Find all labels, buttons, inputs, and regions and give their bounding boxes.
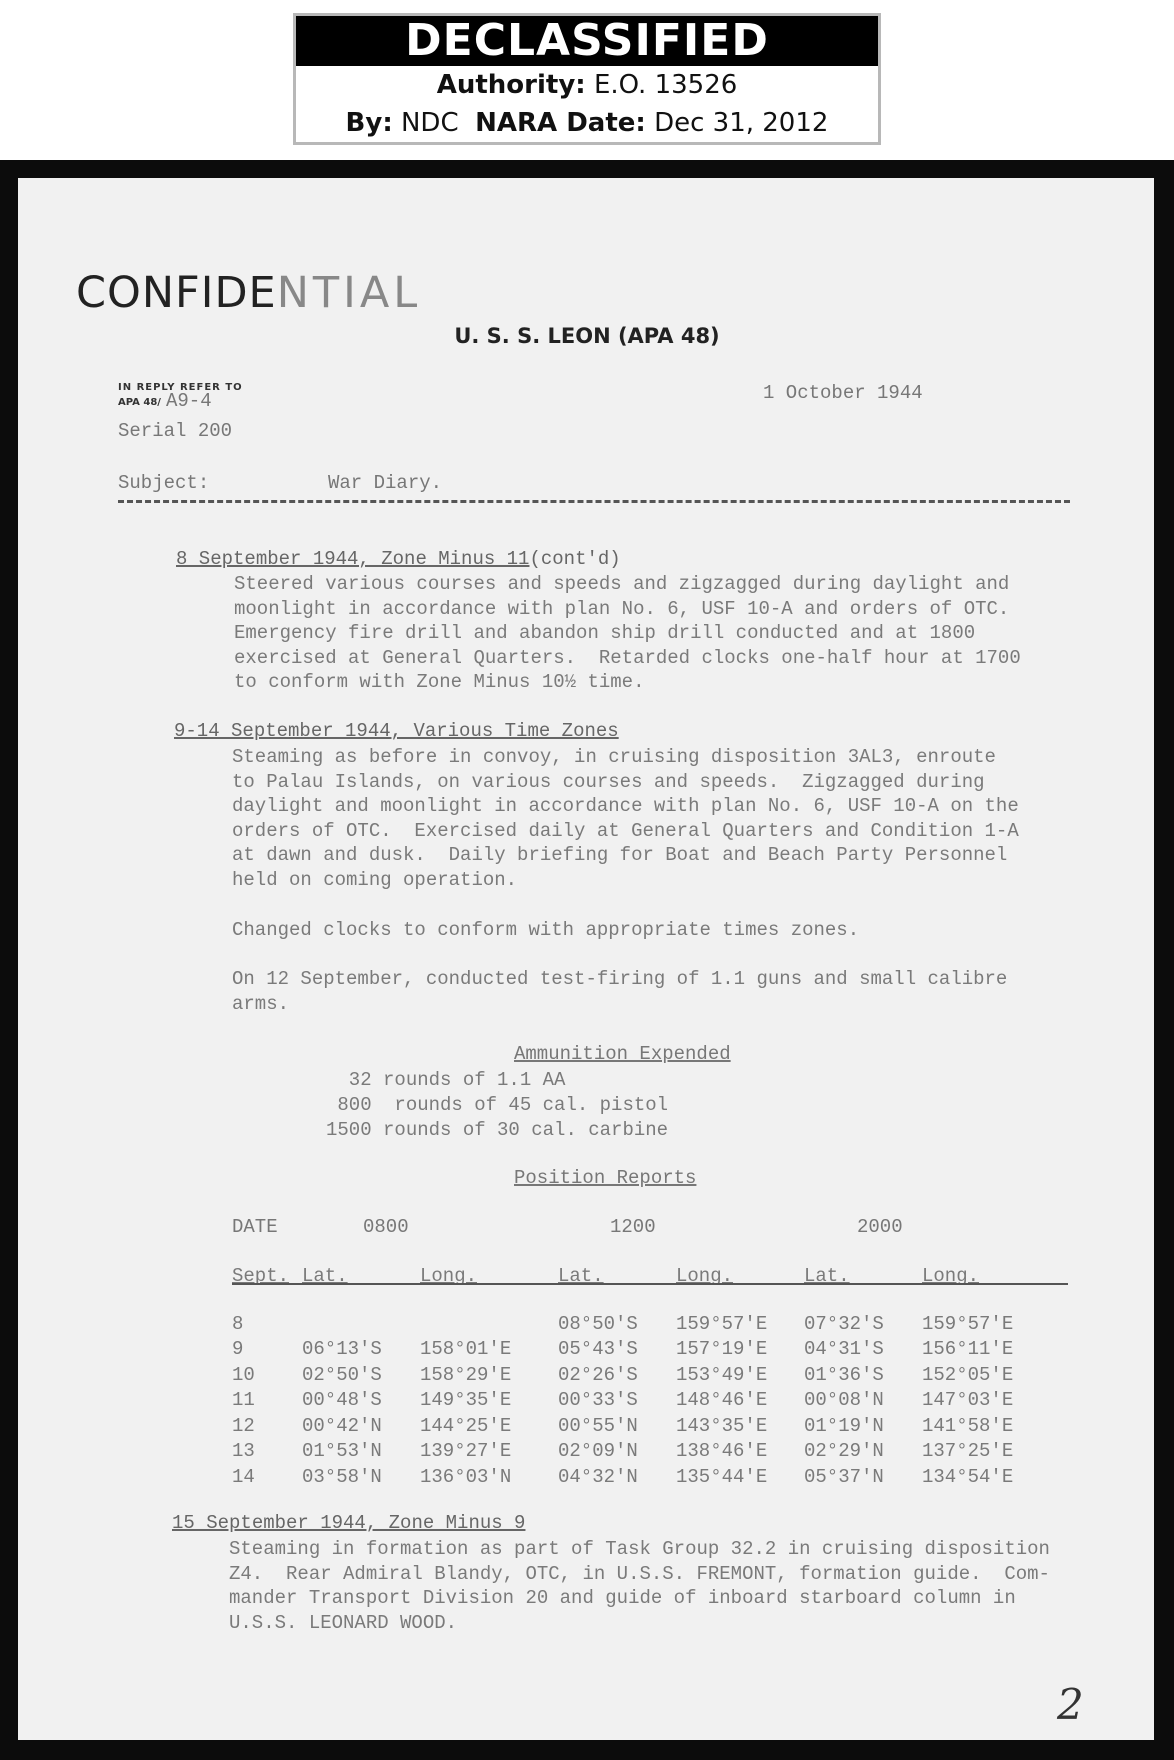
authority-value: E.O. 13526 (594, 70, 737, 100)
authority-label: Authority: (437, 70, 586, 100)
classification-strong: CONFIDE (76, 268, 277, 318)
ammunition-item: 32 rounds of 1.1 AA (326, 1068, 565, 1093)
entry-paragraph: On 12 September, conducted test-firing o… (232, 967, 1007, 1016)
table-header-row: Sept. Lat. Long. Lat. Long. Lat. Long. (232, 1263, 1068, 1289)
time-header-0800: 0800 (363, 1216, 409, 1238)
by-label: By: (346, 108, 393, 138)
nara-date-value: Dec 31, 2012 (654, 108, 828, 138)
serial-number: Serial 200 (118, 420, 232, 442)
nara-date-label: NARA Date: (475, 108, 646, 138)
time-header-1200: 1200 (610, 1216, 656, 1238)
table-row: 1100°48'S149°35'E00°33'S148°46'E00°08'N1… (232, 1388, 1068, 1414)
classification-stamp: CONFIDENTIAL (76, 268, 421, 318)
refer-prefix: APA 48/ (118, 397, 161, 408)
col-lat-1200: Lat. (558, 1263, 676, 1289)
ammunition-item: 800 rounds of 45 cal. pistol (326, 1093, 668, 1118)
ammunition-title: Ammunition Expended (514, 1043, 731, 1065)
letter-date: 1 October 1944 (763, 382, 923, 404)
declassification-stamp: DECLASSIFIED Authority: E.O. 13526 By: N… (293, 13, 881, 145)
time-header-2000: 2000 (857, 1216, 903, 1238)
subject-value: War Diary. (328, 472, 442, 494)
stamp-authority: Authority: E.O. 13526 (296, 66, 878, 104)
table-row: 1301°53'N139°27'E02°09'N138°46'E02°29'N1… (232, 1439, 1068, 1465)
col-long-1200: Long. (676, 1263, 804, 1289)
table-row: 1403°58'N136°03'N04°32'N135°44'E05°37'N1… (232, 1464, 1068, 1490)
ship-name: U. S. S. LEON (APA 48) (0, 324, 1174, 348)
document-page (18, 178, 1154, 1740)
stamp-by-date: By: NDC NARA Date: Dec 31, 2012 (296, 104, 878, 142)
classification-faded: NTIAL (277, 268, 422, 318)
refer-code: A9-4 (166, 390, 212, 412)
stamp-title: DECLASSIFIED (296, 16, 878, 66)
table-row: 1002°50'S158°29'E02°26'S153°49'E01°36'S1… (232, 1362, 1068, 1388)
col-lat-0800: Lat. (302, 1263, 420, 1289)
table-header-underline (232, 1283, 1068, 1285)
entry-heading: 9-14 September 1944, Various Time Zones (174, 720, 619, 742)
col-lat-2000: Lat. (804, 1263, 922, 1289)
table-row: 1200°42'N144°25'E00°55'N143°35'E01°19'N1… (232, 1413, 1068, 1439)
ammunition-item: 1500 rounds of 30 cal. carbine (326, 1118, 668, 1143)
entry-paragraph: Steered various courses and speeds and z… (234, 572, 1021, 695)
entry-paragraph: Steaming as before in convoy, in cruisin… (232, 745, 1019, 892)
time-header-date: DATE (232, 1216, 278, 1238)
page-number: 2 (1057, 1680, 1084, 1729)
separator-line (118, 500, 1070, 503)
entry-heading: 8 September 1944, Zone Minus 11(cont'd) (176, 548, 621, 570)
positions-title: Position Reports (514, 1167, 696, 1189)
subject-label: Subject: (118, 472, 209, 494)
entry-heading: 15 September 1944, Zone Minus 9 (172, 1512, 525, 1534)
by-value: NDC (401, 108, 459, 138)
col-sept: Sept. (232, 1263, 302, 1289)
col-long-0800: Long. (420, 1263, 558, 1289)
table-row: 906°13'S158°01'E05°43'S157°19'E04°31'S15… (232, 1337, 1068, 1363)
entry-paragraph: Changed clocks to conform with appropria… (232, 918, 859, 943)
table-row: 808°50'S159°57'E07°32'S159°57'E (232, 1311, 1068, 1337)
entry-paragraph: Steaming in formation as part of Task Gr… (229, 1537, 1050, 1635)
position-reports-table: Sept. Lat. Long. Lat. Long. Lat. Long. 8… (232, 1263, 1068, 1490)
col-long-2000: Long. (922, 1263, 1068, 1289)
